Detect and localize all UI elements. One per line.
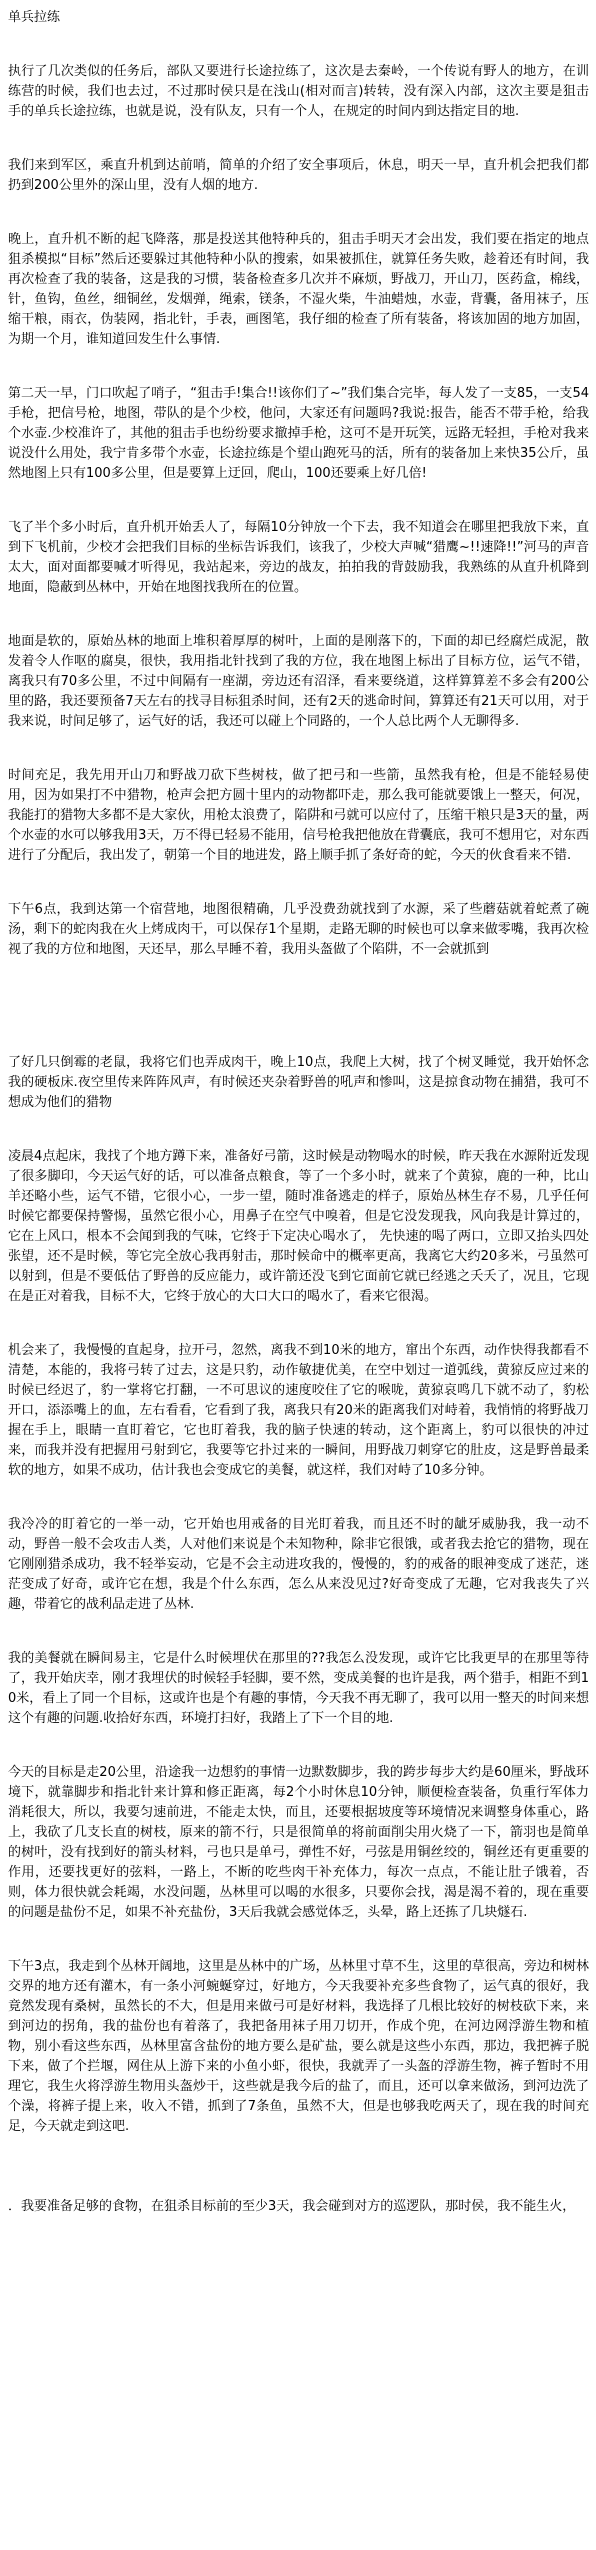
paragraph: 了好几只倒霉的老鼠，我将它们也弄成肉干，晚上10点，我爬上大树，找了个树叉睡觉，… <box>8 1053 589 1113</box>
paragraph: 我冷冷的盯着它的一举一动，它开始也用戒备的目光盯着我，而且还不时的龇牙威胁我，我… <box>8 1515 589 1615</box>
paragraph: 下午6点，我到达第一个宿营地，地图很精确，几乎没费劲就找到了水源，采了些蘑菇就着… <box>8 900 589 960</box>
document: 单兵拉练 执行了几次类似的任务后，部队又要进行长途拉练了，这次是去秦岭，一个传说… <box>0 0 596 2550</box>
paragraph: 飞了半个多小时后，直升机开始丢人了，每隔10分钟放一个下去，我不知道会在哪里把我… <box>8 518 589 598</box>
paragraph: 下午3点，我走到个丛林开阔地，这里是丛林中的广场，丛林里寸草不生，这里的草很高，… <box>8 1957 589 2137</box>
paragraph: 执行了几次类似的任务后，部队又要进行长途拉练了，这次是去秦岭，一个传说有野人的地… <box>8 62 589 122</box>
paragraph: 第二天一早，门口吹起了哨子，“狙击手!集合!!该你们了~”我们集合完毕，每人发了… <box>8 384 589 484</box>
paragraph: 我们来到军区，乘直升机到达前哨，简单的介绍了安全事项后，休息，明天一早，直升机会… <box>8 156 589 196</box>
paragraph: 我的美餐就在瞬间易主，它是什么时候埋伏在那里的??我怎么没发现，或许它比我更早的… <box>8 1649 589 1729</box>
document-title: 单兵拉练 <box>8 8 589 28</box>
paragraph: ．我要准备足够的食物，在狙杀目标前的至少3天，我会碰到对方的巡逻队，那时侯，我不… <box>8 2197 589 2217</box>
paragraph: 地面是软的，原始丛林的地面上堆积着厚厚的树叶，上面的是刚落下的，下面的却已经腐烂… <box>8 632 589 732</box>
paragraph: 机会来了，我慢慢的直起身，拉开弓，忽然，离我不到10米的地方，窜出个东西，动作快… <box>8 1341 589 1481</box>
paragraph: 晚上，直升机不断的起飞降落，那是投送其他特种兵的，狙击手明天才会出发，我们要在指… <box>8 230 589 350</box>
paragraph: 时间充足，我先用开山刀和野战刀砍下些树枝，做了把弓和一些箭，虽然我有枪，但是不能… <box>8 766 589 866</box>
paragraph: 凌晨4点起床，我找了个地方蹲下来，准备好弓箭，这时候是动物喝水的时候，昨天我在水… <box>8 1147 589 1307</box>
paragraph: 今天的目标是走20公里，沿途我一边想豹的事情一边默数脚步，我的跨步每步大约是60… <box>8 1763 589 1923</box>
